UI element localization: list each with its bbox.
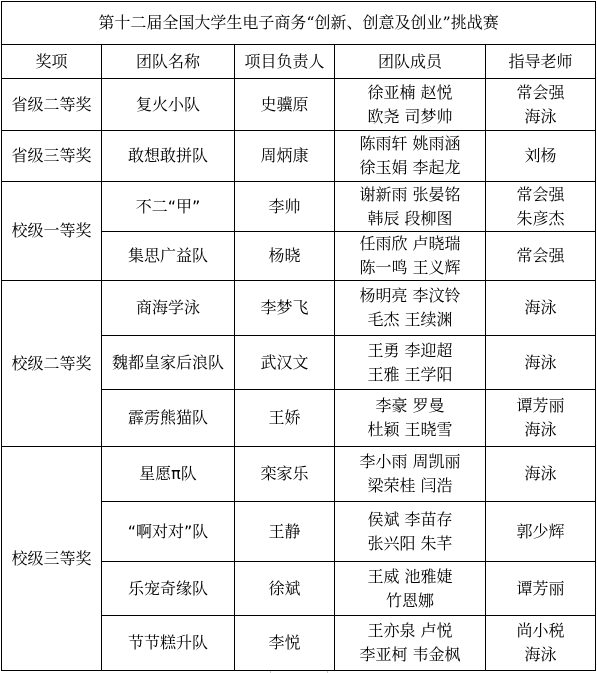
table-title: 第十二届全国大学生电子商务“创新、创意及创业”挑战赛 <box>2 2 596 45</box>
team-cell: 星愿π队 <box>102 447 235 502</box>
advisors-cell: 谭芳丽 <box>486 562 596 616</box>
award-cell: 省级二等奖 <box>2 79 102 131</box>
team-cell: 乐宠奇缘队 <box>102 562 235 616</box>
team-cell: 商海学泳 <box>102 281 235 336</box>
header-leader: 项目负责人 <box>235 45 335 79</box>
leader-cell: 周炳康 <box>235 131 335 182</box>
table-row: 校级三等奖 星愿π队 栾家乐 李小雨 周凯丽梁荣桂 闫浩 海泳 <box>2 447 596 502</box>
award-table: 第十二届全国大学生电子商务“创新、创意及创业”挑战赛 奖项 团队名称 项目负责人… <box>1 1 596 671</box>
team-cell: 复火小队 <box>102 79 235 131</box>
award-cell: 校级二等奖 <box>2 281 102 447</box>
leader-cell: 王静 <box>235 502 335 562</box>
advisors-cell: 海泳 <box>486 447 596 502</box>
leader-cell: 栾家乐 <box>235 447 335 502</box>
advisors-cell: 刘杨 <box>486 131 596 182</box>
team-cell: 集思广益队 <box>102 232 235 281</box>
members-cell: 王勇 李迎超王雅 王学阳 <box>335 336 486 390</box>
header-members: 团队成员 <box>335 45 486 79</box>
header-award: 奖项 <box>2 45 102 79</box>
table-row: 省级二等奖 复火小队 史骥原 徐亚楠 赵悦欧尧 司梦帅 常会强海泳 <box>2 79 596 131</box>
advisors-cell: 郭少辉 <box>486 502 596 562</box>
advisors-cell: 谭芳丽海泳 <box>486 390 596 447</box>
header-row: 奖项 团队名称 项目负责人 团队成员 指导老师 <box>2 45 596 79</box>
award-cell: 省级三等奖 <box>2 131 102 182</box>
team-cell: 霹雳熊猫队 <box>102 390 235 447</box>
leader-cell: 徐斌 <box>235 562 335 616</box>
members-cell: 侯斌 李苗存张兴阳 朱芊 <box>335 502 486 562</box>
leader-cell: 李悦 <box>235 616 335 671</box>
leader-cell: 杨晓 <box>235 232 335 281</box>
table-row: 省级三等奖 敢想敢拼队 周炳康 陈雨轩 姚雨涵徐玉娟 李起龙 刘杨 <box>2 131 596 182</box>
leader-cell: 王娇 <box>235 390 335 447</box>
table-row: 校级二等奖 商海学泳 李梦飞 杨明亮 李汶铃毛杰 王续渊 海泳 <box>2 281 596 336</box>
header-team: 团队名称 <box>102 45 235 79</box>
advisors-cell: 尚小税海泳 <box>486 616 596 671</box>
table-row: 校级一等奖 不二“甲” 李帅 谢新雨 张晏铭韩辰 段柳图 常会强朱彦杰 <box>2 182 596 232</box>
team-cell: “啊对对”队 <box>102 502 235 562</box>
advisors-cell: 海泳 <box>486 336 596 390</box>
members-cell: 王威 池雅婕竹恩娜 <box>335 562 486 616</box>
advisors-cell: 常会强朱彦杰 <box>486 182 596 232</box>
members-cell: 李豪 罗曼杜颖 王晓雪 <box>335 390 486 447</box>
members-cell: 任雨欣 卢晓瑞陈一鸣 王义辉 <box>335 232 486 281</box>
advisors-cell: 海泳 <box>486 281 596 336</box>
award-cell: 校级一等奖 <box>2 182 102 281</box>
leader-cell: 史骥原 <box>235 79 335 131</box>
award-cell: 校级三等奖 <box>2 447 102 671</box>
advisors-cell: 常会强海泳 <box>486 79 596 131</box>
team-cell: 敢想敢拼队 <box>102 131 235 182</box>
members-cell: 杨明亮 李汶铃毛杰 王续渊 <box>335 281 486 336</box>
team-cell: 节节糕升队 <box>102 616 235 671</box>
leader-cell: 李梦飞 <box>235 281 335 336</box>
advisors-cell: 常会强 <box>486 232 596 281</box>
team-cell: 不二“甲” <box>102 182 235 232</box>
header-advisors: 指导老师 <box>486 45 596 79</box>
leader-cell: 李帅 <box>235 182 335 232</box>
members-cell: 陈雨轩 姚雨涵徐玉娟 李起龙 <box>335 131 486 182</box>
members-cell: 李小雨 周凯丽梁荣桂 闫浩 <box>335 447 486 502</box>
team-cell: 魏都皇家后浪队 <box>102 336 235 390</box>
leader-cell: 武汉文 <box>235 336 335 390</box>
members-cell: 谢新雨 张晏铭韩辰 段柳图 <box>335 182 486 232</box>
members-cell: 王亦泉 卢悦李亚柯 韦金枫 <box>335 616 486 671</box>
members-cell: 徐亚楠 赵悦欧尧 司梦帅 <box>335 79 486 131</box>
